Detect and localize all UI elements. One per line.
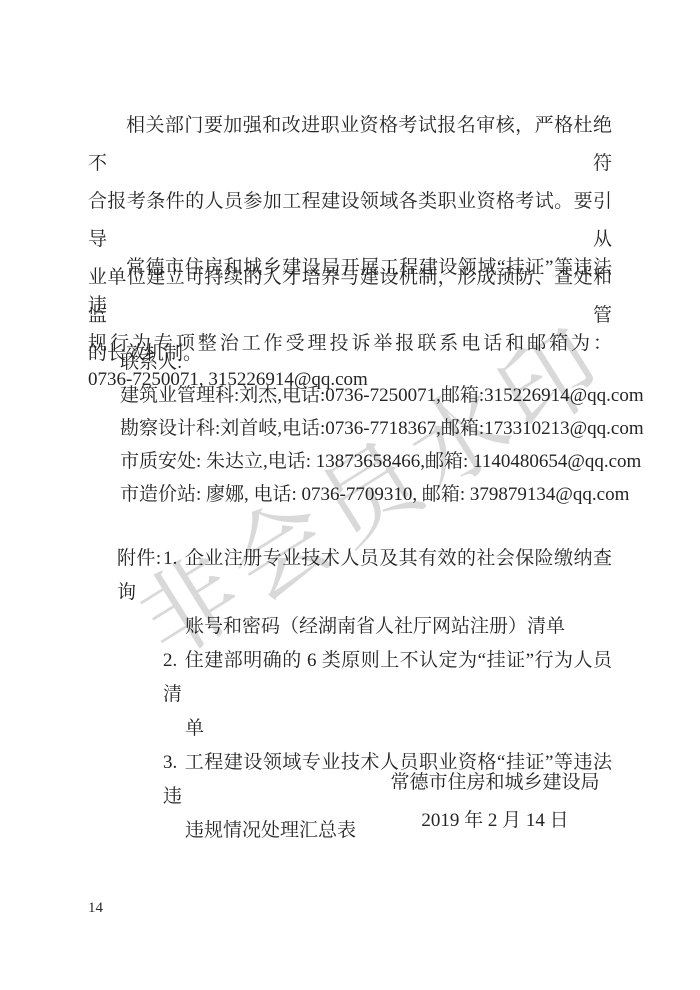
contact-entry: 市造价站: 廖娜, 电话: 0736-7709310, 邮箱: 37987913… [88,478,612,511]
text-line: 合报考条件的人员参加工程建设领域各类职业资格考试。要引导从 [88,183,612,259]
signature-date: 2019 年 2 月 14 日 [380,802,610,840]
attachment-number: 1. [163,548,177,569]
contact-list: 联系人: 建筑业管理科:刘杰,电话:0736-7250071,邮箱:315226… [88,346,612,511]
attachment-item-1-continued: 账号和密码（经湖南省人社厅网站注册）清单 [88,610,612,644]
signature-organization: 常德市住房和城乡建设局 [380,764,610,802]
attachment-item-1: 附件:1.企业注册专业技术人员及其有效的社会保险缴纳查询 [88,542,612,610]
attachment-text: 企业注册专业技术人员及其有效的社会保险缴纳查询 [117,548,612,603]
attachments-label: 附件: [117,548,161,569]
contact-entry: 建筑业管理科:刘杰,电话:0736-7250071,邮箱:315226914@q… [88,379,612,412]
document-page: 非会员水印 相关部门要加强和改进职业资格考试报名审核，严格杜绝不符 合报考条件的… [0,0,700,990]
contact-entry: 勘察设计科:刘首岐,电话:0736-7718367,邮箱:173310213@q… [88,412,612,445]
contact-entry: 市质安处: 朱达立,电话: 13873658466,邮箱: 1140480654… [88,445,612,478]
attachment-number: 3. [163,752,177,773]
text-line: 常德市住房和城乡建设局开展工程建设领域“挂证”等违法违 [88,249,612,325]
attachment-text: 住建部明确的 6 类原则上不认定为“挂证”行为人员清 [163,650,612,705]
attachment-item-2: 2.住建部明确的 6 类原则上不认定为“挂证”行为人员清 [88,644,612,712]
attachment-item-2-continued: 单 [88,712,612,746]
page-number: 14 [88,898,103,918]
signature-block: 常德市住房和城乡建设局 2019 年 2 月 14 日 [380,764,610,840]
text-line: 相关部门要加强和改进职业资格考试报名审核，严格杜绝不符 [88,107,612,183]
contacts-label: 联系人: [88,346,612,379]
attachment-number: 2. [163,650,177,671]
